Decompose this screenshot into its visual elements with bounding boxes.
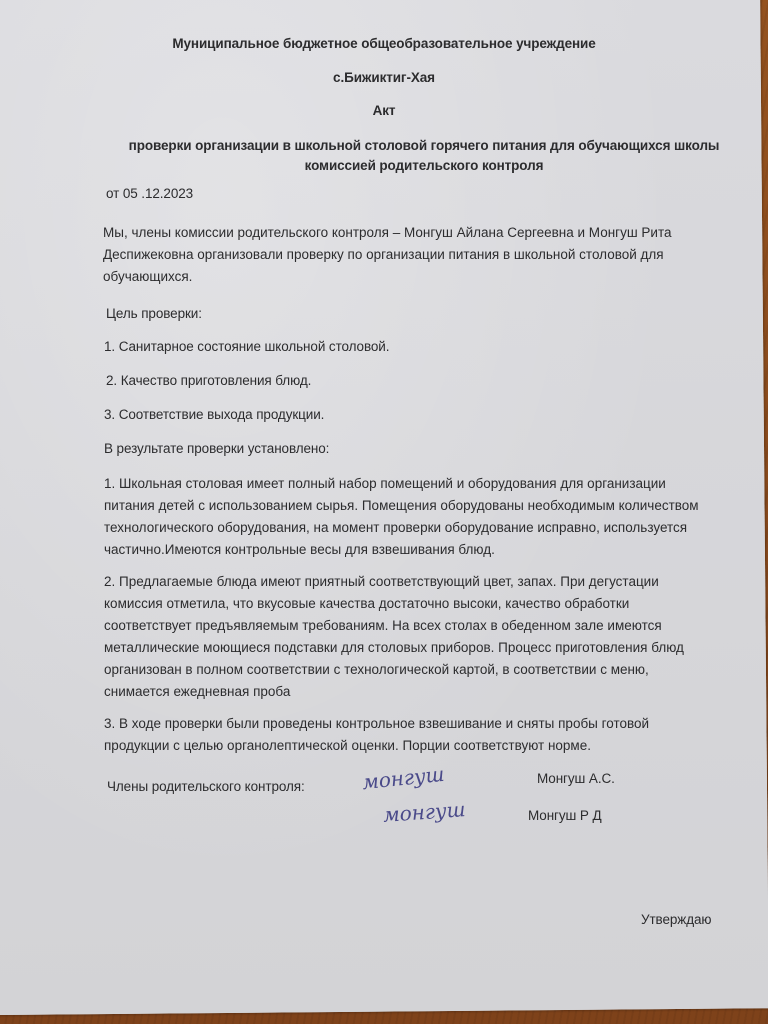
intro-paragraph: Мы, члены комиссии родительского контрол… <box>103 222 703 288</box>
signatures-label: Члены родительского контроля: <box>107 779 305 794</box>
goal-item: 2. Качество приготовления блюд. <box>106 373 311 388</box>
goals-heading: Цель проверки: <box>106 306 202 321</box>
signature-2: монгуш <box>382 797 466 827</box>
goal-item: 3. Соответствие выхода продукции. <box>104 407 324 422</box>
result-item-3: 3. В ходе проверки были проведены контро… <box>104 713 704 757</box>
document-type: Акт <box>0 103 768 118</box>
village-name: с.Бижиктиг-Хая <box>0 70 768 85</box>
result-item-2: 2. Предлагаемые блюда имеют приятный соо… <box>104 571 702 703</box>
results-heading: В результате проверки установлено: <box>104 441 329 456</box>
result-text: 3. В ходе проверки были проведены контро… <box>104 713 704 757</box>
result-item-1: 1. Школьная столовая имеет полный набор … <box>104 473 704 561</box>
member-name: Монгуш Р Д <box>528 808 602 823</box>
document-date: от 05 .12.2023 <box>106 186 193 201</box>
signature-1: монгуш <box>361 762 446 794</box>
document-subtitle-line1: проверки организации в школьной столовой… <box>0 138 768 153</box>
institution-heading: Муниципальное бюджетное общеобразователь… <box>0 36 768 51</box>
document: Муниципальное бюджетное общеобразователь… <box>0 0 768 1024</box>
approval-label: Утверждаю <box>641 912 711 927</box>
goal-item: 1. Санитарное состояние школьной столово… <box>104 339 389 354</box>
intro-text: Мы, члены комиссии родительского контрол… <box>103 222 703 288</box>
result-text: 2. Предлагаемые блюда имеют приятный соо… <box>104 571 702 703</box>
member-name: Монгуш А.С. <box>537 771 615 786</box>
document-subtitle-line2: комиссией родительского контроля <box>0 158 768 173</box>
result-text: 1. Школьная столовая имеет полный набор … <box>104 473 704 561</box>
